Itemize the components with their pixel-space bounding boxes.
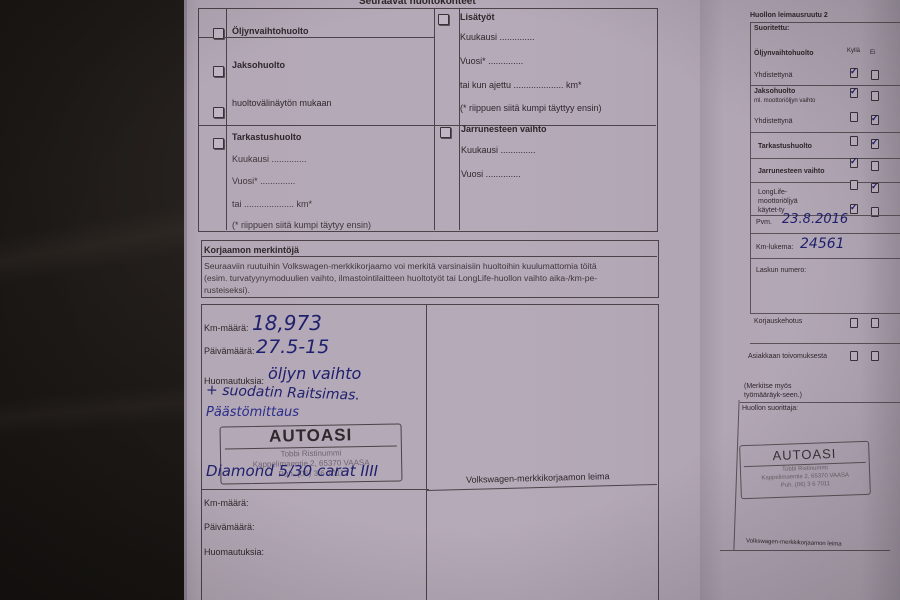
no-checkbox[interactable] [871,91,879,101]
workshop-notes-text: (esim. turvatyynymoduulien vaihto, ilmas… [204,273,597,283]
combined-row: Yhdistettynä [754,118,793,125]
additional-work-km: tai kun ajettu .................... km* [460,80,582,90]
workshop-notes-text: rusteiseksi). [204,285,250,295]
interval-service-checkbox[interactable] [213,66,224,77]
longlife-oil-row: LongLife-moottoriöljyä käytet-ty [758,188,813,215]
column-no: Ei [870,50,875,56]
additional-work-note: (* riippuen siitä kumpi täyttyy ensin) [460,103,602,113]
yes-checkbox[interactable] [850,158,858,168]
notes-label: Huomautuksia: [204,547,264,557]
mark-note: (Merkitse myös työmääräyk-seen.) [744,382,824,400]
additional-work-checkbox[interactable] [438,14,449,25]
km-reading-label: Km-lukema: [756,244,793,251]
date-label: Pvm. [756,219,772,226]
inspection-year: Vuosi* .............. [232,176,295,186]
date-label: Päivämäärä: [204,522,255,532]
yes-checkbox[interactable] [850,68,858,78]
interval-service-label: Jaksohuolto [232,60,285,70]
performer-label: Huollon suorittaja: [742,405,798,412]
inspection-row: Tarkastushuolto [758,143,812,150]
additional-work-title: Lisätyöt [460,12,495,22]
inspection-service-label: Tarkastushuolto [232,132,301,142]
no-checkbox[interactable] [871,161,879,171]
yes-checkbox[interactable] [850,88,858,98]
oil-service-checkbox[interactable] [213,28,224,39]
section-header: Seuraavat huoltokohteet [359,0,476,7]
stamp-name: AUTOASI [221,424,401,447]
no-checkbox[interactable] [871,183,879,193]
inspection-km: tai .................... km* [232,199,312,209]
brake-fluid-year: Vuosi .............. [461,169,521,179]
yes-checkbox[interactable] [850,180,858,190]
stamp-area-label: Volkswagen-merkkikorjaamon leima [746,538,842,547]
inspection-month: Kuukausi .............. [232,154,307,164]
no-checkbox[interactable] [871,70,879,80]
invoice-number-label: Laskun numero: [756,267,806,274]
oil-service-row: Öljynvaihtohuolto [754,50,814,57]
date-value-handwritten: 23.8.2016 [782,212,848,227]
date-value-handwritten: 27.5-15 [256,336,329,358]
brake-fluid-title: Jarrunesteen vaihto [461,124,547,134]
notes-line-handwritten: Diamond 5/30 carat IIII [206,462,378,480]
workshop-notes-text: Seuraaviin ruutuihin Volkswagen-merkkiko… [204,261,597,271]
service-booklet-left-page: Seuraavat huoltokohteet Öljynvaihtohuolt… [184,0,714,600]
date-label: Päivämäärä: [204,346,255,356]
km-label: Km-määrä: [204,498,249,508]
repair-yes-checkbox[interactable] [850,318,858,328]
repair-recommendation-label: Korjauskehotus [754,318,802,325]
background-fabric-fold [0,200,190,290]
yes-checkbox[interactable] [850,112,858,122]
interval-service-row: Jaksohuolto [754,88,795,95]
additional-work-month: Kuukausi .............. [460,32,535,42]
combined-row: Yhdistettynä [754,72,793,79]
customer-request-label: Asiakkaan toivomuksesta [748,353,827,360]
inspection-note: (* riippuen siitä kumpi täytyy ensin) [232,220,371,230]
km-label: Km-määrä: [204,323,249,333]
done-label: Suoritettu: [754,25,789,32]
oil-service-label: Öljynvaihtohuolto [232,26,309,36]
notes-line-handwritten: öljyn vaihto [268,364,361,383]
brake-fluid-row: Jarrunesteen vaihto [758,168,825,175]
column-yes: Kyllä [847,48,860,54]
customer-yes-checkbox[interactable] [850,351,858,361]
additional-work-year: Vuosi* .............. [460,56,523,66]
inspection-service-checkbox[interactable] [213,138,224,149]
no-checkbox[interactable] [871,139,879,149]
km-value-handwritten: 18,973 [252,311,322,335]
background-fabric-fold [0,370,190,450]
stamp-name: AUTOASI [740,445,868,464]
yes-checkbox[interactable] [850,136,858,146]
notes-line-handwritten: Päästömittaus [206,405,299,420]
yes-checkbox[interactable] [850,204,858,214]
interval-service-sub: ml. moottoriöljyn vaihto [754,98,815,104]
service-indicator-label: huoltovälinäytön mukaan [232,98,332,108]
service-indicator-checkbox[interactable] [213,107,224,118]
workshop-stamp: AUTOASI Tobbi Ristinummi Kappelimaentie … [739,441,871,500]
customer-no-checkbox[interactable] [871,351,879,361]
km-reading-handwritten: 24561 [800,236,845,252]
repair-no-checkbox[interactable] [871,318,879,328]
no-checkbox[interactable] [871,115,879,125]
service-booklet-right-page: Huollon leimausruutu 2 Suoritettu: Kyllä… [700,0,900,600]
brake-fluid-month: Kuukausi .............. [461,145,536,155]
stamp-box-title: Huollon leimausruutu 2 [750,12,828,19]
workshop-notes-title: Korjaamon merkintöjä [204,245,299,255]
brake-fluid-checkbox[interactable] [440,127,451,138]
